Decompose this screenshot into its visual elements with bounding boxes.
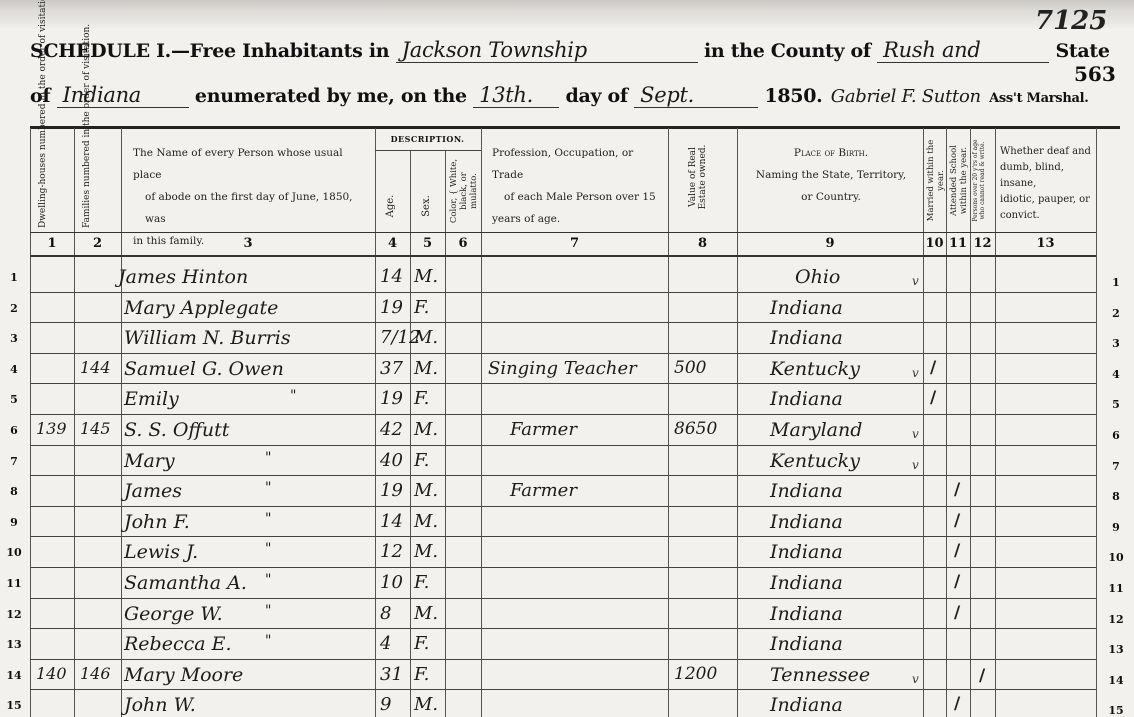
birthplace-value: Indiana	[770, 572, 843, 594]
person-name: Rebecca E.	[124, 633, 232, 655]
person-name: Samuel G. Owen	[124, 358, 284, 380]
person-name: Lewis J.	[124, 541, 198, 563]
family-number: 145	[80, 419, 111, 438]
row-rule	[30, 353, 1096, 354]
col7-header-line: years of age.	[492, 208, 664, 230]
line-number-left: 10	[6, 546, 22, 559]
birthplace-value: Indiana	[770, 297, 843, 319]
sex-value: M.	[414, 327, 438, 348]
col3-header-line: The Name of every Person whose usual pla…	[133, 142, 373, 186]
colnum-1: 1	[30, 236, 74, 251]
sex-value: M.	[414, 511, 438, 532]
row-rule	[30, 322, 1096, 323]
colnum-3: 3	[121, 236, 375, 251]
county-label: in the County of	[704, 40, 871, 62]
birthplace-value: Kentucky	[770, 358, 860, 380]
real-estate-value: 8650	[674, 419, 717, 439]
school-mark: /	[954, 694, 960, 714]
line-number-right: 12	[1106, 613, 1126, 626]
line-number-left: 1	[6, 271, 22, 284]
enumerated-label: enumerated by me, on the	[195, 85, 467, 107]
age-value: 40	[380, 450, 403, 471]
line-number-right: 3	[1106, 337, 1126, 350]
colnum-2: 2	[74, 236, 121, 251]
dwelling-number: 140	[36, 664, 67, 683]
birthplace-value: Indiana	[770, 327, 843, 349]
birthplace-value: Indiana	[770, 603, 843, 625]
sex-value: F.	[414, 297, 429, 318]
person-name: Emily	[124, 388, 179, 410]
sex-value: F.	[414, 388, 429, 409]
row-rule	[30, 383, 1096, 384]
school-mark: /	[954, 480, 960, 500]
birthplace-value: Indiana	[770, 541, 843, 563]
colnum-5: 5	[410, 236, 445, 251]
col1-header: Dwelling-houses numbered in the order of…	[38, 133, 48, 228]
line-number-right: 7	[1106, 460, 1126, 473]
person-name: Mary Moore	[124, 664, 243, 686]
col13-header-line: convict.	[1000, 208, 1096, 224]
line-number-left: 6	[6, 424, 22, 437]
description-rule	[375, 150, 481, 151]
sex-value: M.	[414, 419, 438, 440]
line-number-left: 7	[6, 455, 22, 468]
line-number-right: 11	[1106, 582, 1126, 595]
col7-header-line: of each Male Person over 15	[492, 186, 664, 208]
row-rule	[30, 475, 1096, 476]
age-value: 42	[380, 419, 403, 440]
colnum-13: 13	[995, 236, 1096, 251]
person-name: Samantha A.	[124, 572, 247, 594]
ditto-mark: "	[265, 450, 271, 466]
line-number-right: 1	[1106, 276, 1126, 289]
colnum-6: 6	[445, 236, 481, 251]
sex-value: M.	[414, 480, 438, 501]
age-value: 4	[380, 633, 391, 654]
birthplace-value: Indiana	[770, 633, 843, 655]
line-number-right: 14	[1106, 674, 1126, 687]
person-name: George W.	[124, 603, 223, 625]
sex-value: M.	[414, 694, 438, 715]
line-number-right: 6	[1106, 429, 1126, 442]
year-label: 1850.	[764, 85, 822, 107]
marshal-title: Ass't Marshal.	[989, 91, 1088, 106]
colnum-11: 11	[946, 236, 970, 251]
col6-header: Color, { White, black, or mulatto.	[449, 156, 479, 226]
line-number-right: 10	[1106, 551, 1126, 564]
col13-header: Whether deaf and dumb, blind, insane, id…	[1000, 144, 1096, 224]
col4-header: Age.	[386, 186, 396, 226]
line-number-left: 12	[6, 608, 22, 621]
col7-header: Profession, Occupation, or Trade of each…	[492, 142, 664, 230]
county-field: Rush and	[877, 38, 1049, 63]
line-number-left: 8	[6, 485, 22, 498]
age-value: 14	[380, 266, 403, 287]
col7-header-line: Profession, Occupation, or Trade	[492, 142, 664, 186]
line-number-right: 9	[1106, 521, 1126, 534]
marshal-signature: Gabriel F. Sutton	[829, 86, 983, 107]
person-name: John W.	[124, 694, 196, 716]
line-number-right: 5	[1106, 398, 1126, 411]
col2-header: Families numbered in the order of visita…	[82, 133, 92, 228]
table-top-rule	[30, 126, 1120, 129]
sex-value: M.	[414, 266, 438, 287]
married-mark: /	[930, 358, 936, 378]
township-field: Jackson Township	[396, 38, 698, 63]
sex-value: M.	[414, 603, 438, 624]
real-estate-value: 1200	[674, 664, 717, 684]
birthplace-value: Indiana	[770, 511, 843, 533]
illiterate-mark: /	[979, 666, 985, 686]
line-number-right: 4	[1106, 368, 1126, 381]
month-field: Sept.	[634, 83, 758, 108]
row-rule	[30, 536, 1096, 537]
person-name: S. S. Offutt	[124, 419, 229, 441]
age-value: 12	[380, 541, 403, 562]
row-rule	[30, 659, 1096, 660]
birthplace-checkmark: v	[912, 274, 919, 288]
col13-header-line: idiotic, pauper, or	[1000, 192, 1096, 208]
sex-value: M.	[414, 541, 438, 562]
school-mark: /	[954, 572, 960, 592]
row-rule	[30, 689, 1096, 690]
ditto-mark: "	[290, 388, 296, 404]
birthplace-checkmark: v	[912, 427, 919, 441]
line-number-left: 11	[6, 577, 22, 590]
age-value: 31	[380, 664, 403, 685]
colnum-7: 7	[481, 236, 668, 251]
grid-vline	[1096, 128, 1097, 717]
line-number-left: 5	[6, 393, 22, 406]
family-number: 144	[80, 358, 111, 377]
age-value: 19	[380, 297, 403, 318]
birthplace-value: Indiana	[770, 480, 843, 502]
occupation-value: Farmer	[510, 419, 577, 440]
row-rule	[30, 414, 1096, 415]
line-number-left: 13	[6, 638, 22, 651]
sex-value: F.	[414, 664, 429, 685]
line-number-right: 13	[1106, 643, 1126, 656]
col8-header: Value of Real Estate owned.	[688, 132, 708, 222]
school-mark: /	[954, 511, 960, 531]
row-rule	[30, 598, 1096, 599]
col13-header-line: dumb, blind, insane,	[1000, 160, 1096, 192]
schedule-title-line1: SCHEDULE I.—Free Inhabitants in Jackson …	[30, 38, 1110, 63]
description-group-label: DESCRIPTION.	[375, 134, 480, 144]
birthplace-value: Indiana	[770, 388, 843, 410]
person-name: James	[124, 480, 182, 502]
line-number-right: 8	[1106, 490, 1126, 503]
row-rule	[30, 506, 1096, 507]
birthplace-checkmark: v	[912, 366, 919, 380]
line-number-left: 2	[6, 302, 22, 315]
ditto-mark: "	[265, 572, 271, 588]
col9-header-line: or Country.	[740, 186, 922, 208]
header-stamp-number: 7125	[1035, 6, 1107, 36]
line-number-left: 4	[6, 363, 22, 376]
birthplace-checkmark: v	[912, 672, 919, 686]
state-field: Indiana	[57, 83, 189, 108]
line-number-left: 15	[6, 699, 22, 712]
ditto-mark: "	[265, 480, 271, 496]
colnum-4: 4	[375, 236, 410, 251]
age-value: 8	[380, 603, 391, 624]
line-number-left: 3	[6, 332, 22, 345]
occupation-value: Farmer	[510, 480, 577, 501]
colnum-bottom-rule	[30, 255, 1096, 257]
day-of-label: day of	[566, 85, 628, 107]
family-number: 146	[80, 664, 111, 683]
state-label: State	[1055, 40, 1109, 62]
col9-header-line: Place of Birth.	[740, 142, 922, 164]
married-mark: /	[930, 388, 936, 408]
age-value: 10	[380, 572, 403, 593]
person-name: John F.	[124, 511, 190, 533]
age-value: 9	[380, 694, 391, 715]
birthplace-value: Kentucky	[770, 450, 860, 472]
birthplace-checkmark: v	[912, 458, 919, 472]
real-estate-value: 500	[674, 358, 706, 378]
age-value: 37	[380, 358, 403, 379]
colnum-8: 8	[668, 236, 737, 251]
occupation-value: Singing Teacher	[488, 358, 637, 379]
row-rule	[30, 445, 1096, 446]
line-number-left: 9	[6, 516, 22, 529]
col12-header: Persons over 20 y'rs of age who cannot r…	[972, 133, 986, 228]
sex-value: M.	[414, 358, 438, 379]
col9-header-line: Naming the State, Territory,	[740, 164, 922, 186]
schedule-title-line2: of Indiana enumerated by me, on the 13th…	[30, 83, 1088, 108]
age-value: 19	[380, 388, 403, 409]
person-name: William N. Burris	[124, 327, 291, 349]
ditto-mark: "	[265, 511, 271, 527]
col3-header-line: of abode on the first day of June, 1850,…	[133, 186, 373, 230]
age-value: 19	[380, 480, 403, 501]
person-name: Mary	[124, 450, 175, 472]
colnum-10: 10	[923, 236, 946, 251]
ditto-mark: "	[265, 603, 271, 619]
sex-value: F.	[414, 633, 429, 654]
ditto-mark: "	[265, 541, 271, 557]
col9-header: Place of Birth. Naming the State, Territ…	[740, 142, 922, 208]
school-mark: /	[954, 541, 960, 561]
line-number-right: 15	[1106, 704, 1126, 717]
colnum-9: 9	[737, 236, 923, 251]
birthplace-value: Tennessee	[770, 664, 870, 686]
scan-top-edge	[0, 0, 1134, 28]
col13-header-line: Whether deaf and	[1000, 144, 1096, 160]
col5-header: Sex.	[422, 186, 432, 226]
birthplace-value: Maryland	[770, 419, 862, 441]
col11-header: Attended School within the year.	[949, 133, 969, 228]
line-number-left: 14	[6, 669, 22, 682]
sex-value: F.	[414, 450, 429, 471]
row-rule	[30, 567, 1096, 568]
row-rule	[30, 628, 1096, 629]
birthplace-value: Ohio	[795, 266, 840, 288]
line-number-right: 2	[1106, 307, 1126, 320]
school-mark: /	[954, 603, 960, 623]
col10-header: Married within the year.	[926, 133, 946, 228]
ditto-mark: "	[265, 633, 271, 649]
age-value: 14	[380, 511, 403, 532]
person-name: James Hinton	[118, 266, 248, 288]
dwelling-number: 139	[36, 419, 67, 438]
colnum-12: 12	[970, 236, 995, 251]
birthplace-value: Indiana	[770, 694, 843, 716]
person-name: Mary Applegate	[124, 297, 278, 319]
row-rule	[30, 292, 1096, 293]
sex-value: F.	[414, 572, 429, 593]
day-field: 13th.	[473, 83, 559, 108]
